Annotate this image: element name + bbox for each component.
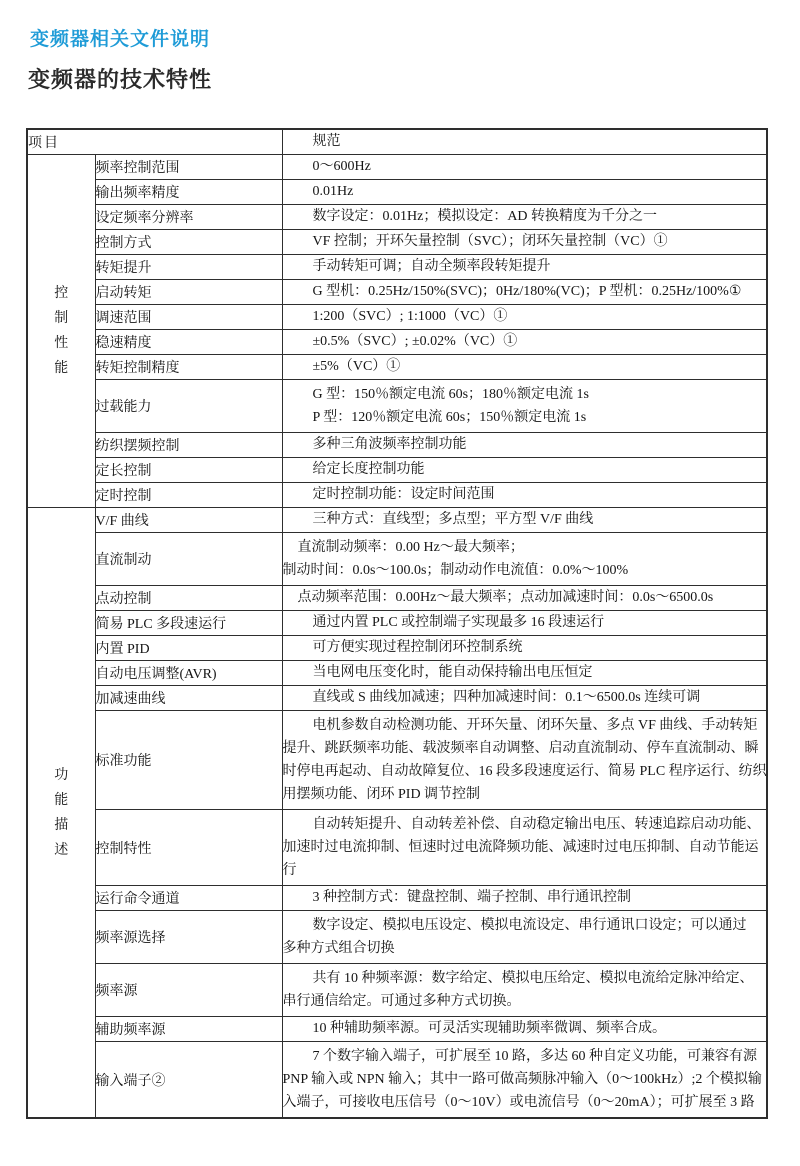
group-label-text: 功能描述: [28, 763, 95, 863]
spec-value-cell: 直线或 S 曲线加减速；四种加减速时间：0.1～6500.0s 连续可调: [282, 686, 767, 711]
spec-value-line: 多种三角波频率控制功能: [283, 433, 767, 457]
table-row: 输出频率精度0.01Hz: [27, 180, 767, 205]
spec-item-label: 输入端子②: [95, 1042, 282, 1119]
spec-value-line: ±0.5%（SVC）; ±0.02%（VC）①: [283, 330, 767, 354]
group-label-text: 控制性能: [28, 281, 95, 381]
column-header-spec-label: 规范: [283, 130, 767, 154]
spec-item-label: 点动控制: [95, 586, 282, 611]
spec-item-label: 自动电压调整(AVR): [95, 661, 282, 686]
spec-item-label: 转矩提升: [95, 255, 282, 280]
spec-value-cell: 0.01Hz: [282, 180, 767, 205]
table-row: 定时控制定时控制功能：设定时间范围: [27, 483, 767, 508]
spec-item-label: 加减速曲线: [95, 686, 282, 711]
document-page: 变频器相关文件说明 变频器的技术特性 项目 规范 控制性能频率控制范围0～600…: [0, 0, 800, 1166]
table-row: 内置 PID可方便实现过程控制闭环控制系统: [27, 636, 767, 661]
spec-item-label: 定时控制: [95, 483, 282, 508]
spec-value-line: 加速时过电流抑制、恒速时过电流降频功能、减速时过电压抑制、自动节能运: [283, 836, 767, 859]
spec-value-line: 点动频率范围：0.00Hz～最大频率；点动加减速时间：0.0s～6500.0s: [283, 586, 767, 610]
spec-value-cell: 10 种辅助频率源。可灵活实现辅助频率微调、频率合成。: [282, 1017, 767, 1042]
column-header-item: 项目: [27, 129, 282, 155]
spec-value-cell: ±0.5%（SVC）; ±0.02%（VC）①: [282, 330, 767, 355]
column-header-spec: 规范: [282, 129, 767, 155]
spec-item-label: 转矩控制精度: [95, 355, 282, 380]
table-row: 纺织摆频控制多种三角波频率控制功能: [27, 433, 767, 458]
spec-value-line: 1:200（SVC）; 1:1000（VC）①: [283, 305, 767, 329]
spec-item-label: 设定频率分辨率: [95, 205, 282, 230]
spec-value-line: 直流制动频率：0.00 Hz～最大频率；: [283, 536, 767, 559]
spec-value-line: 入端子，可接收电压信号（0～10V）或电流信号（0～20mA）；可扩展至 3 路: [283, 1091, 767, 1114]
spec-value-cell: 当电网电压变化时，能自动保持输出电压恒定: [282, 661, 767, 686]
spec-value-line: 7 个数字输入端子，可扩展至 10 路，多达 60 种自定义功能，可兼容有源: [283, 1045, 767, 1068]
spec-value-cell: 7 个数字输入端子，可扩展至 10 路，多达 60 种自定义功能，可兼容有源PN…: [282, 1042, 767, 1119]
spec-item-label: 简易 PLC 多段速运行: [95, 611, 282, 636]
spec-value-line: 制动时间：0.0s～100.0s；制动动作电流值：0.0%～100%: [283, 559, 767, 582]
spec-item-label: 频率源选择: [95, 911, 282, 964]
spec-value-line: 给定长度控制功能: [283, 458, 767, 482]
spec-item-label: 稳速精度: [95, 330, 282, 355]
table-row: 启动转矩G 型机：0.25Hz/150%(SVC)；0Hz/180%(VC)；P…: [27, 280, 767, 305]
spec-value-line: 三种方式：直线型；多点型；平方型 V/F 曲线: [283, 508, 767, 532]
spec-item-label: 输出频率精度: [95, 180, 282, 205]
table-row: 自动电压调整(AVR)当电网电压变化时，能自动保持输出电压恒定: [27, 661, 767, 686]
spec-item-label: 调速范围: [95, 305, 282, 330]
table-row: 定长控制给定长度控制功能: [27, 458, 767, 483]
table-row: 转矩提升手动转矩可调；自动全频率段转矩提升: [27, 255, 767, 280]
spec-value-line: 串行通信给定。可通过多种方式切换。: [283, 990, 767, 1013]
table-row: 控制性能频率控制范围0～600Hz: [27, 155, 767, 180]
table-row: 控制方式VF 控制；开环矢量控制（SVC）；闭环矢量控制（VC）①: [27, 230, 767, 255]
spec-value-cell: 多种三角波频率控制功能: [282, 433, 767, 458]
spec-value-cell: G 型机：0.25Hz/150%(SVC)；0Hz/180%(VC)；P 型机：…: [282, 280, 767, 305]
spec-item-label: 运行命令通道: [95, 886, 282, 911]
spec-value-line: 可方便实现过程控制闭环控制系统: [283, 636, 767, 660]
spec-item-label: 纺织摆频控制: [95, 433, 282, 458]
table-row: 运行命令通道3 种控制方式：键盘控制、端子控制、串行通讯控制: [27, 886, 767, 911]
spec-value-line: P 型：120％额定电流 60s；150％额定电流 1s: [283, 406, 767, 429]
spec-value-cell: 通过内置 PLC 或控制端子实现最多 16 段速运行: [282, 611, 767, 636]
group-label-function-description: 功能描述: [27, 508, 95, 1119]
spec-item-label: 内置 PID: [95, 636, 282, 661]
spec-value-line: 用摆频功能、闭环 PID 调节控制: [283, 783, 767, 806]
spec-item-label: 标准功能: [95, 711, 282, 810]
spec-value-line: 数字设定：0.01Hz；模拟设定：AD 转换精度为千分之一: [283, 205, 767, 229]
spec-item-label: 控制特性: [95, 810, 282, 886]
table-header-row: 项目 规范: [27, 129, 767, 155]
spec-item-label: 频率源: [95, 964, 282, 1017]
spec-value-line: 定时控制功能：设定时间范围: [283, 483, 767, 507]
spec-value-line: PNP 输入或 NPN 输入；其中一路可做高频脉冲输入（0～100kHz）;2 …: [283, 1068, 767, 1091]
spec-value-line: G 型：150％额定电流 60s；180％额定电流 1s: [283, 383, 767, 406]
spec-value-cell: 电机参数自动检测功能、开环矢量、闭环矢量、多点 VF 曲线、手动转矩提升、跳跃频…: [282, 711, 767, 810]
table-row: 辅助频率源10 种辅助频率源。可灵活实现辅助频率微调、频率合成。: [27, 1017, 767, 1042]
spec-item-label: 控制方式: [95, 230, 282, 255]
spec-value-cell: 自动转矩提升、自动转差补偿、自动稳定输出电压、转速追踪启动功能、加速时过电流抑制…: [282, 810, 767, 886]
table-row: 输入端子②7 个数字输入端子，可扩展至 10 路，多达 60 种自定义功能，可兼…: [27, 1042, 767, 1119]
spec-table-body: 控制性能频率控制范围0～600Hz输出频率精度0.01Hz设定频率分辨率数字设定…: [27, 155, 767, 1119]
spec-value-line: 多种方式组合切换: [283, 937, 767, 960]
table-row: 转矩控制精度±5%（VC）①: [27, 355, 767, 380]
spec-value-cell: 共有 10 种频率源：数字给定、模拟电压给定、模拟电流给定脉冲给定、串行通信给定…: [282, 964, 767, 1017]
spec-value-cell: 定时控制功能：设定时间范围: [282, 483, 767, 508]
table-row: 设定频率分辨率数字设定：0.01Hz；模拟设定：AD 转换精度为千分之一: [27, 205, 767, 230]
spec-item-label: 频率控制范围: [95, 155, 282, 180]
spec-value-cell: 直流制动频率：0.00 Hz～最大频率；制动时间：0.0s～100.0s；制动动…: [282, 533, 767, 586]
spec-value-line: 当电网电压变化时，能自动保持输出电压恒定: [283, 661, 767, 685]
spec-item-label: 直流制动: [95, 533, 282, 586]
spec-value-line: 3 种控制方式：键盘控制、端子控制、串行通讯控制: [283, 886, 767, 910]
spec-value-line: 手动转矩可调；自动全频率段转矩提升: [283, 255, 767, 279]
spec-value-cell: 1:200（SVC）; 1:1000（VC）①: [282, 305, 767, 330]
spec-value-line: 时停电再起动、自动故障复位、16 段多段速度运行、简易 PLC 程序运行、纺织: [283, 760, 767, 783]
table-row: 控制特性自动转矩提升、自动转差补偿、自动稳定输出电压、转速追踪启动功能、加速时过…: [27, 810, 767, 886]
spec-value-cell: ±5%（VC）①: [282, 355, 767, 380]
spec-value-cell: 给定长度控制功能: [282, 458, 767, 483]
section-title: 变频器相关文件说明: [30, 28, 210, 52]
spec-value-line: 自动转矩提升、自动转差补偿、自动稳定输出电压、转速追踪启动功能、: [283, 813, 767, 836]
spec-value-cell: 三种方式：直线型；多点型；平方型 V/F 曲线: [282, 508, 767, 533]
spec-value-cell: 数字设定、模拟电压设定、模拟电流设定、串行通讯口设定；可以通过多种方式组合切换: [282, 911, 767, 964]
table-row: 过载能力G 型：150％额定电流 60s；180％额定电流 1sP 型：120％…: [27, 380, 767, 433]
spec-value-cell: 数字设定：0.01Hz；模拟设定：AD 转换精度为千分之一: [282, 205, 767, 230]
page-title: 变频器的技术特性: [28, 66, 212, 94]
table-row: 频率源选择数字设定、模拟电压设定、模拟电流设定、串行通讯口设定；可以通过多种方式…: [27, 911, 767, 964]
spec-value-cell: 0～600Hz: [282, 155, 767, 180]
spec-value-line: 0.01Hz: [283, 180, 767, 204]
spec-value-line: 电机参数自动检测功能、开环矢量、闭环矢量、多点 VF 曲线、手动转矩: [283, 714, 767, 737]
table-row: 标准功能电机参数自动检测功能、开环矢量、闭环矢量、多点 VF 曲线、手动转矩提升…: [27, 711, 767, 810]
table-row: 调速范围1:200（SVC）; 1:1000（VC）①: [27, 305, 767, 330]
spec-value-line: 数字设定、模拟电压设定、模拟电流设定、串行通讯口设定；可以通过: [283, 914, 767, 937]
spec-item-label: V/F 曲线: [95, 508, 282, 533]
spec-value-line: 直线或 S 曲线加减速；四种加减速时间：0.1～6500.0s 连续可调: [283, 686, 767, 710]
spec-value-line: 共有 10 种频率源：数字给定、模拟电压给定、模拟电流给定脉冲给定、: [283, 967, 767, 990]
table-row: 点动控制点动频率范围：0.00Hz～最大频率；点动加减速时间：0.0s～6500…: [27, 586, 767, 611]
spec-value-line: 10 种辅助频率源。可灵活实现辅助频率微调、频率合成。: [283, 1017, 767, 1041]
table-row: 加减速曲线直线或 S 曲线加减速；四种加减速时间：0.1～6500.0s 连续可…: [27, 686, 767, 711]
spec-table: 项目 规范 控制性能频率控制范围0～600Hz输出频率精度0.01Hz设定频率分…: [26, 128, 768, 1119]
spec-item-label: 过载能力: [95, 380, 282, 433]
spec-value-cell: 可方便实现过程控制闭环控制系统: [282, 636, 767, 661]
spec-value-line: ±5%（VC）①: [283, 355, 767, 379]
spec-value-line: G 型机：0.25Hz/150%(SVC)；0Hz/180%(VC)；P 型机：…: [283, 280, 767, 304]
spec-value-cell: 点动频率范围：0.00Hz～最大频率；点动加减速时间：0.0s～6500.0s: [282, 586, 767, 611]
table-row: 稳速精度±0.5%（SVC）; ±0.02%（VC）①: [27, 330, 767, 355]
spec-value-line: 行: [283, 859, 767, 882]
spec-item-label: 启动转矩: [95, 280, 282, 305]
spec-value-line: 通过内置 PLC 或控制端子实现最多 16 段速运行: [283, 611, 767, 635]
table-row: 功能描述V/F 曲线三种方式：直线型；多点型；平方型 V/F 曲线: [27, 508, 767, 533]
table-row: 直流制动直流制动频率：0.00 Hz～最大频率；制动时间：0.0s～100.0s…: [27, 533, 767, 586]
group-label-control-performance: 控制性能: [27, 155, 95, 508]
spec-value-cell: VF 控制；开环矢量控制（SVC）；闭环矢量控制（VC）①: [282, 230, 767, 255]
spec-value-line: 提升、跳跃频率功能、载波频率自动调整、启动直流制动、停车直流制动、瞬: [283, 737, 767, 760]
table-row: 简易 PLC 多段速运行通过内置 PLC 或控制端子实现最多 16 段速运行: [27, 611, 767, 636]
spec-value-cell: 3 种控制方式：键盘控制、端子控制、串行通讯控制: [282, 886, 767, 911]
spec-value-line: 0～600Hz: [283, 155, 767, 179]
spec-item-label: 辅助频率源: [95, 1017, 282, 1042]
spec-item-label: 定长控制: [95, 458, 282, 483]
spec-value-cell: G 型：150％额定电流 60s；180％额定电流 1sP 型：120％额定电流…: [282, 380, 767, 433]
spec-value-line: VF 控制；开环矢量控制（SVC）；闭环矢量控制（VC）①: [283, 230, 767, 254]
spec-value-cell: 手动转矩可调；自动全频率段转矩提升: [282, 255, 767, 280]
table-row: 频率源共有 10 种频率源：数字给定、模拟电压给定、模拟电流给定脉冲给定、串行通…: [27, 964, 767, 1017]
